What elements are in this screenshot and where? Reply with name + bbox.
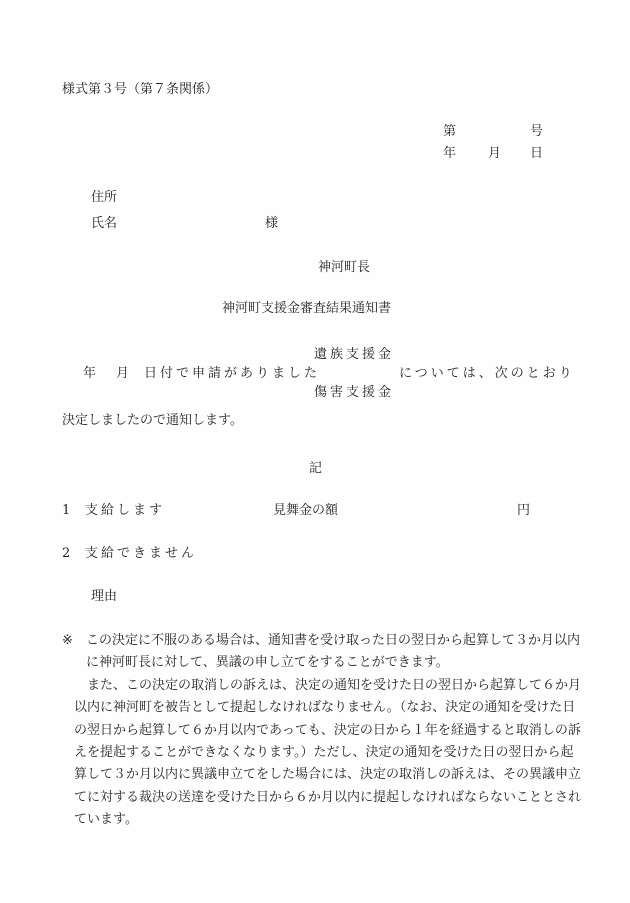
reason-label: 理由	[91, 589, 117, 605]
document-title: 神河町支援金審査結果通知書	[222, 301, 391, 317]
option-bereaved-support: 遺族支援金	[314, 347, 394, 363]
ref-number-prefix: 第	[443, 124, 456, 140]
application-month: 月	[116, 366, 129, 382]
honorific: 様	[265, 216, 278, 232]
body-line2: 決定しましたので通知します。	[62, 413, 243, 429]
option-injury-support: 傷害支援金	[314, 385, 394, 401]
item-2-label: 支給できません	[85, 546, 197, 562]
note-mark: ※	[62, 630, 86, 652]
note-paragraph-2: また、この決定の取消しの訴えは、決定の通知を受けた日の翌日から起算して６か月以内…	[62, 675, 582, 832]
item-1-label: 支給します	[85, 503, 165, 519]
date-day: 日	[530, 146, 543, 162]
form-label: 様式第３号（第７条関係）	[62, 82, 218, 98]
ref-number-suffix: 号	[530, 124, 543, 140]
date-year: 年	[443, 146, 456, 162]
note-paragraph-1: ※この決定に不服のある場合は、通知書を受け取った日の翌日から起算して３か月以内に…	[62, 630, 582, 675]
date-month: 月	[488, 146, 501, 162]
address-label: 住所	[91, 190, 117, 206]
item-2-number: 2	[62, 546, 70, 562]
application-text: 日付で申請がありました	[144, 366, 320, 382]
application-text-after: については、次のとおり	[399, 366, 575, 382]
amount-label: 見舞金の額	[273, 503, 338, 519]
appeal-notes: ※この決定に不服のある場合は、通知書を受け取った日の翌日から起算して３か月以内に…	[62, 630, 582, 832]
name-label: 氏名	[91, 216, 117, 232]
ki-heading: 記	[309, 461, 322, 477]
application-year: 年	[83, 366, 96, 382]
issuer: 神河町長	[318, 260, 370, 276]
amount-unit: 円	[517, 503, 530, 519]
note-paragraph-1-text: この決定に不服のある場合は、通知書を受け取った日の翌日から起算して３か月以内に神…	[86, 633, 580, 670]
item-1-number: 1	[62, 503, 70, 519]
